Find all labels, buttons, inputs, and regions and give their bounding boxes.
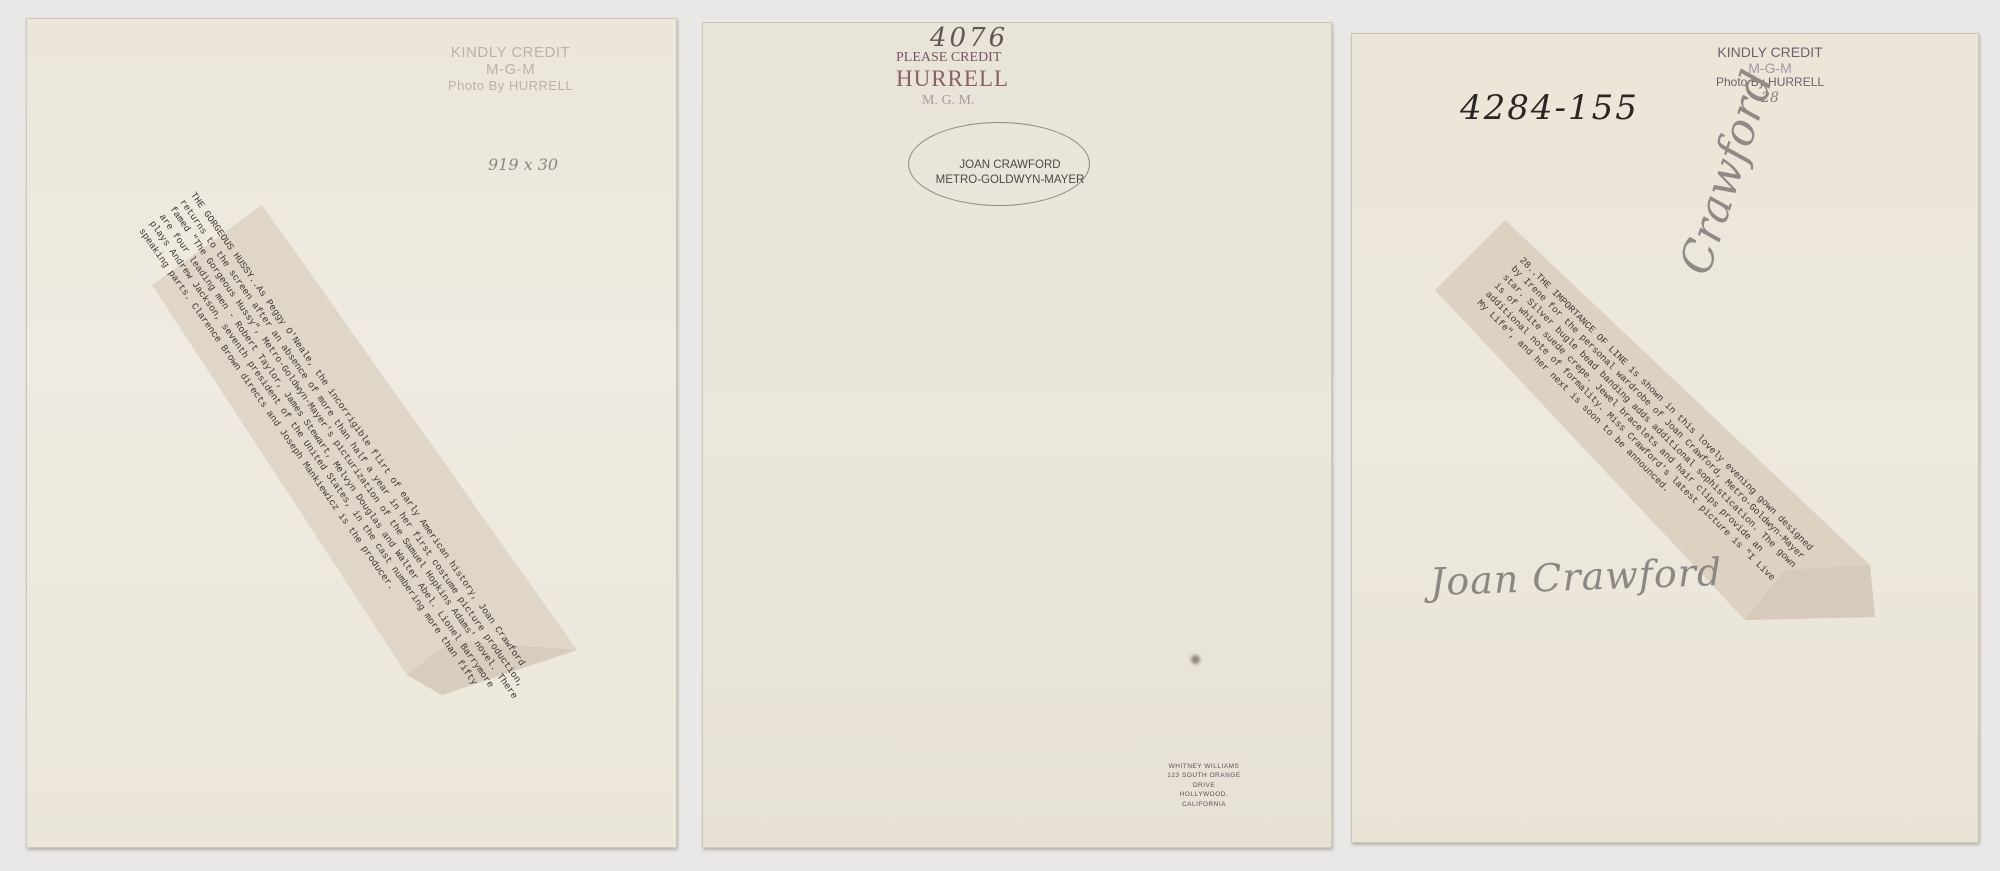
stain-spot <box>1191 655 1200 664</box>
address-line: HOLLYWOOD, CALIFORNIA <box>1159 790 1249 809</box>
stamp-line: KINDLY CREDIT <box>448 44 573 61</box>
caption-slip-left: THE GORGEOUS HUSSY..As Peggy O'Neale, th… <box>152 205 582 695</box>
handwritten-number-right: 4284-155 <box>1460 88 1639 128</box>
stamp-line: M. G. M. <box>922 93 1009 109</box>
oval-line: METRO-GOLDWYN-MAYER <box>925 173 1095 188</box>
stamp-line: M-G-M <box>448 61 573 78</box>
address-line: 123 SOUTH ORANGE DRIVE <box>1159 771 1249 790</box>
stamp-line: HURRELL <box>896 66 1009 92</box>
credit-stamp-left: KINDLY CREDIT M-G-M Photo By HURRELL <box>448 44 573 93</box>
oval-line: JOAN CRAWFORD <box>925 158 1095 173</box>
oval-stamp-text: JOAN CRAWFORD METRO-GOLDWYN-MAYER <box>925 158 1095 188</box>
handwritten-number-left: 919 x 30 <box>488 155 558 174</box>
address-line: WHITNEY WILLIAMS <box>1159 762 1249 771</box>
credit-stamp-center: PLEASE CREDIT HURRELL M. G. M. <box>896 50 1009 109</box>
stamp-line: KINDLY CREDIT <box>1716 44 1824 60</box>
handwritten-number-center: 4076 <box>930 23 1008 53</box>
stamp-line: PLEASE CREDIT <box>896 50 1009 66</box>
address-stamp: WHITNEY WILLIAMS 123 SOUTH ORANGE DRIVE … <box>1159 762 1249 809</box>
stamp-line: Photo By HURRELL <box>448 79 573 94</box>
